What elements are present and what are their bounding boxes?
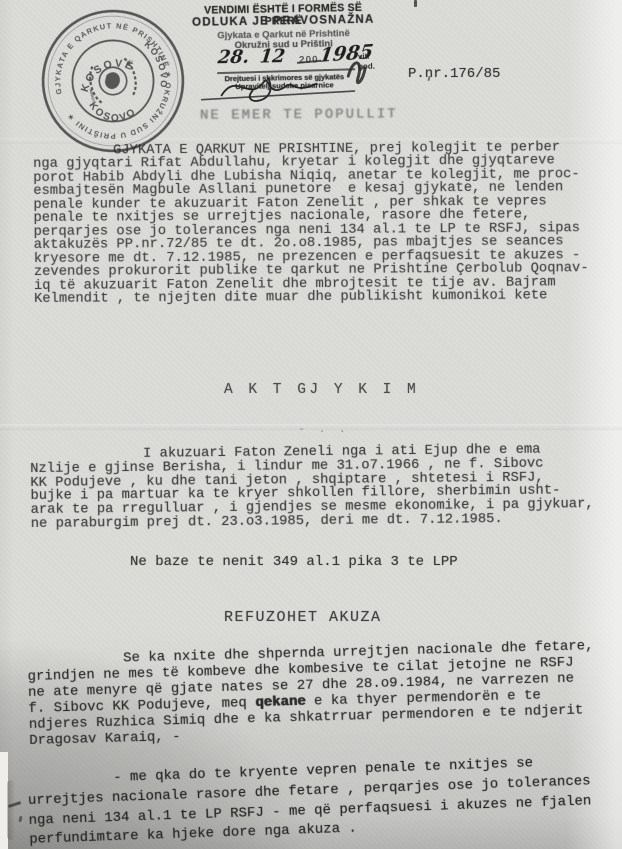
paragraph-conclusion: - me qka do te kryente vepren penale te … — [27, 752, 614, 849]
seal-unmik-text: UNMIK — [88, 88, 96, 102]
case-number: P.nr.176/85 — [408, 66, 500, 82]
paragraph-court-composition: GJYKATA E QARKUT NE PRISHTINE, prej kole… — [33, 141, 609, 306]
registrar-signature — [196, 42, 382, 107]
ink-dot — [362, 66, 365, 69]
finality-title-serbian: ODLUKA JE PRAVOSNAŽNA — [183, 14, 383, 29]
seal-kosove-text: KOSOVË — [73, 52, 141, 96]
finality-stamp: VENDIMI ËSHTË I FORMËS SË PRERË ODLUKA J… — [183, 2, 385, 115]
scan-shadow-smear — [7, 780, 15, 840]
heading-charge-rejected: REFUZOHET AKUZA — [224, 609, 382, 626]
heading-in-name-of-people: NE EMER TE POPULLIT — [200, 106, 398, 123]
heading-judgment: A K T GJ Y K I M — [224, 382, 419, 398]
margin-pen-comma — [18, 816, 22, 822]
overtyped-word: qekane — [255, 694, 306, 711]
pen-mark — [414, 0, 417, 7]
paragraph-charge-description: Se ka nxite dhe shpernda urrejtjen nacio… — [27, 638, 614, 749]
scanned-document-page: GJYKATA E QARKUT NË PRISHTINË ✶ OKRUŽNI … — [0, 0, 622, 849]
handwritten-dots: - . . — [298, 422, 349, 436]
svg-text:KOSOVË: KOSOVË — [73, 52, 141, 96]
seal-emblem-icon — [103, 71, 122, 91]
legal-basis-line: Ne baze te nenit 349 al.1 pika 3 te LPP — [130, 554, 458, 570]
text-line: Kelmendit , te njejten dite muar dhe pub… — [34, 289, 609, 306]
paragraph-accused-details: I akuzuari Faton Zeneli nga i ati Ejup d… — [30, 443, 611, 532]
